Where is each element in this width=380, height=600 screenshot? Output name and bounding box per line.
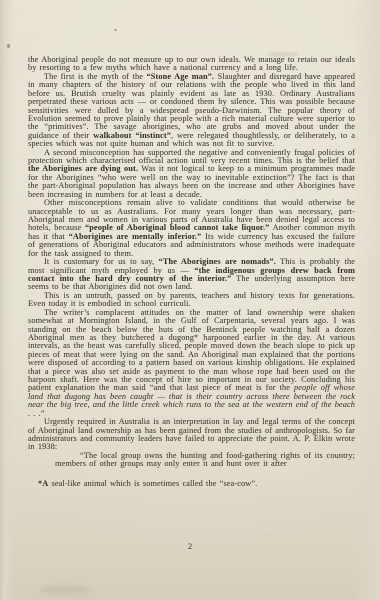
text-run: This is an untruth, passed on by parents… xyxy=(28,291,355,308)
paragraph-continuation: the Aboriginal people do not measure up … xyxy=(28,56,355,73)
text-run: The writer’s complacent attitudes on the… xyxy=(28,308,355,393)
text-run: A second misconception has supported the… xyxy=(28,148,355,165)
blockquote-elkin: “The local group owns the hunting and fo… xyxy=(55,452,355,469)
text-run: Urgently required in Australia is an int… xyxy=(28,417,355,451)
paragraph-dying-out-myth: A second misconception has supported the… xyxy=(28,149,355,200)
paragraph-urgently-required: Urgently required in Australia is an int… xyxy=(28,418,355,452)
scanned-page: the Aboriginal people do not measure up … xyxy=(0,0,380,600)
paragraph-nomads-myth: It is customary for us to say, “The Abor… xyxy=(28,258,355,292)
page-number: 2 xyxy=(0,542,380,551)
paper-smudge xyxy=(40,586,90,594)
paragraph-untruth: This is an untruth, passed on by parents… xyxy=(28,292,355,309)
paragraph-stone-age-myth: The first is the myth of the “Stone Age … xyxy=(28,73,355,149)
paragraph-mornington-island: The writer’s complacent attitudes on the… xyxy=(28,309,355,418)
text-run: *A xyxy=(38,479,48,488)
text-run: “The local group owns the hunting and fo… xyxy=(55,451,355,468)
text-run: seal-like animal which is sometimes call… xyxy=(48,479,257,488)
text-column: the Aboriginal people do not measure up … xyxy=(28,56,355,488)
paper-speck xyxy=(7,44,10,48)
paper-speck xyxy=(114,29,117,31)
paragraph-other-misconceptions: Other misconceptions remain alive to val… xyxy=(28,199,355,258)
footnote-dugong: *A seal-like animal which is sometimes c… xyxy=(28,480,355,488)
text-run: Slaughter and disregard have appeared in… xyxy=(28,72,355,140)
text-run: the Aboriginal people do not measure up … xyxy=(28,55,355,72)
